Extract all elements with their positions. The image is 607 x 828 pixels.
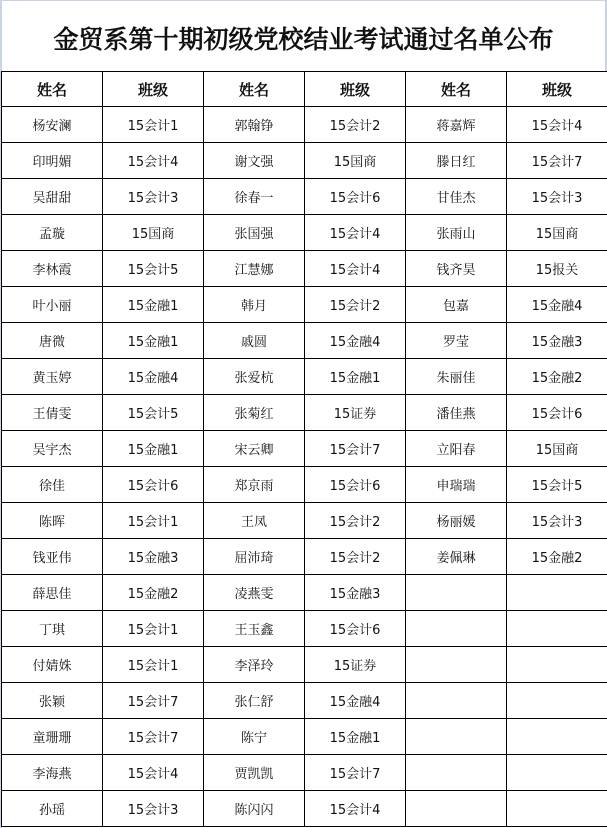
header-row: 姓名 班级 姓名 班级 姓名 班级 (2, 72, 607, 107)
student-name-cell: 罗莹 (406, 323, 507, 359)
class-cell (507, 719, 607, 755)
student-name-cell: 甘佳杰 (406, 179, 507, 215)
table-row: 印明媚15会计4谢文强15国商滕日红15会计7 (2, 143, 607, 179)
student-name-cell: 孟璇 (2, 215, 103, 251)
student-name-cell: 申瑞瑞 (406, 467, 507, 503)
class-cell: 15金融4 (305, 323, 406, 359)
student-name-cell: 徐佳 (2, 467, 103, 503)
table-row: 吴甜甜15会计3徐春一15会计6甘佳杰15会计3 (2, 179, 607, 215)
student-name-cell: 叶小丽 (2, 287, 103, 323)
student-name-cell (406, 755, 507, 791)
student-name-cell: 江慧娜 (204, 251, 305, 287)
class-cell: 15会计4 (305, 791, 406, 827)
class-cell: 15会计4 (507, 107, 607, 143)
student-name-cell: 李泽玲 (204, 647, 305, 683)
class-cell: 15金融2 (103, 575, 204, 611)
student-name-cell: 童珊珊 (2, 719, 103, 755)
student-name-cell: 薛思佳 (2, 575, 103, 611)
table-row: 杨安澜15会计1郭翰铮15会计2蒋嘉辉15会计4 (2, 107, 607, 143)
class-cell: 15会计5 (103, 251, 204, 287)
student-name-cell (406, 719, 507, 755)
table-row: 徐佳15会计6郑京雨15会计6申瑞瑞15会计5 (2, 467, 607, 503)
table-row: 丁琪15会计1王玉鑫15会计6 (2, 611, 607, 647)
student-name-cell: 张颖 (2, 683, 103, 719)
class-cell: 15会计7 (305, 755, 406, 791)
class-cell: 15会计7 (305, 431, 406, 467)
class-cell: 15会计5 (507, 467, 607, 503)
class-cell: 15国商 (305, 143, 406, 179)
student-name-cell: 姜佩琳 (406, 539, 507, 575)
table-row: 钱亚伟15金融3屈沛琦15会计2姜佩琳15金融2 (2, 539, 607, 575)
table-row: 孟璇15国商张国强15会计4张雨山15国商 (2, 215, 607, 251)
student-name-cell: 黄玉婷 (2, 359, 103, 395)
class-cell (507, 647, 607, 683)
student-name-cell: 蒋嘉辉 (406, 107, 507, 143)
class-cell: 15国商 (507, 431, 607, 467)
student-name-cell (406, 683, 507, 719)
student-name-cell: 张仁舒 (204, 683, 305, 719)
student-name-cell: 谢文强 (204, 143, 305, 179)
table-row: 陈晖15会计1王凤15会计2杨丽媛15会计3 (2, 503, 607, 539)
header-name-col-1: 姓名 (2, 72, 103, 107)
table-row: 李林霞15会计5江慧娜15会计4钱齐昊15报关 (2, 251, 607, 287)
student-name-cell: 徐春一 (204, 179, 305, 215)
table-row: 薛思佳15金融2凌燕雯15金融3 (2, 575, 607, 611)
student-name-cell: 王倩雯 (2, 395, 103, 431)
student-name-cell: 印明媚 (2, 143, 103, 179)
student-name-cell: 吴甜甜 (2, 179, 103, 215)
class-cell: 15会计6 (305, 179, 406, 215)
student-name-cell (406, 647, 507, 683)
student-name-cell (406, 791, 507, 827)
class-cell: 15会计6 (305, 467, 406, 503)
header-class-col-2: 班级 (305, 72, 406, 107)
student-name-cell: 付婧姝 (2, 647, 103, 683)
student-name-cell: 韩月 (204, 287, 305, 323)
student-name-cell: 丁琪 (2, 611, 103, 647)
student-name-cell (406, 611, 507, 647)
student-name-cell: 李林霞 (2, 251, 103, 287)
header-class-col-3: 班级 (507, 72, 607, 107)
class-cell: 15会计7 (103, 719, 204, 755)
page-title: 金贸系第十期初级党校结业考试通过名单公布 (0, 0, 607, 72)
student-name-cell: 屈沛琦 (204, 539, 305, 575)
student-name-cell: 张国强 (204, 215, 305, 251)
student-name-cell: 杨安澜 (2, 107, 103, 143)
class-cell: 15会计3 (507, 179, 607, 215)
student-name-cell: 李海燕 (2, 755, 103, 791)
header-name-col-3: 姓名 (406, 72, 507, 107)
class-cell: 15会计4 (103, 143, 204, 179)
student-name-cell: 朱丽佳 (406, 359, 507, 395)
student-name-cell: 王玉鑫 (204, 611, 305, 647)
class-cell: 15金融2 (507, 539, 607, 575)
class-cell: 15证券 (305, 647, 406, 683)
class-cell: 15会计4 (305, 251, 406, 287)
student-name-cell: 张菊红 (204, 395, 305, 431)
student-name-cell: 陈晖 (2, 503, 103, 539)
student-name-cell (406, 575, 507, 611)
table-row: 王倩雯15会计5张菊红15证券潘佳燕15会计6 (2, 395, 607, 431)
class-cell: 15金融1 (305, 719, 406, 755)
student-name-cell: 陈宁 (204, 719, 305, 755)
student-name-cell: 凌燕雯 (204, 575, 305, 611)
class-cell: 15证券 (305, 395, 406, 431)
class-cell: 15金融1 (103, 431, 204, 467)
table-row: 童珊珊15会计7陈宁15金融1 (2, 719, 607, 755)
class-cell: 15金融3 (305, 575, 406, 611)
class-cell: 15金融1 (103, 287, 204, 323)
student-name-cell: 王凤 (204, 503, 305, 539)
student-name-cell: 潘佳燕 (406, 395, 507, 431)
class-cell: 15会计3 (507, 503, 607, 539)
student-name-cell: 吴宇杰 (2, 431, 103, 467)
class-cell: 15会计7 (103, 683, 204, 719)
class-cell: 15金融3 (507, 323, 607, 359)
class-cell: 15金融2 (507, 359, 607, 395)
class-cell: 15会计2 (305, 287, 406, 323)
student-name-cell: 孙瑶 (2, 791, 103, 827)
class-cell: 15会计1 (103, 503, 204, 539)
student-name-cell: 宋云卿 (204, 431, 305, 467)
student-name-cell: 贾凯凯 (204, 755, 305, 791)
class-cell: 15会计5 (103, 395, 204, 431)
student-name-cell: 张雨山 (406, 215, 507, 251)
class-cell: 15会计4 (103, 755, 204, 791)
class-cell: 15金融3 (103, 539, 204, 575)
student-name-cell: 立阳春 (406, 431, 507, 467)
student-name-cell: 张爱杭 (204, 359, 305, 395)
class-cell: 15会计2 (305, 503, 406, 539)
table-row: 李海燕15会计4贾凯凯15会计7 (2, 755, 607, 791)
student-name-cell: 唐微 (2, 323, 103, 359)
class-cell: 15报关 (507, 251, 607, 287)
table-row: 叶小丽15金融1韩月15会计2包嘉15金融4 (2, 287, 607, 323)
class-cell (507, 611, 607, 647)
class-cell: 15会计6 (507, 395, 607, 431)
class-cell: 15会计1 (103, 107, 204, 143)
class-cell: 15金融4 (103, 359, 204, 395)
class-cell (507, 755, 607, 791)
student-name-cell: 陈闪闪 (204, 791, 305, 827)
class-cell: 15国商 (103, 215, 204, 251)
class-cell: 15会计3 (103, 179, 204, 215)
table-row: 付婧姝15会计1李泽玲15证券 (2, 647, 607, 683)
student-name-cell: 戚圆 (204, 323, 305, 359)
student-name-cell: 钱齐昊 (406, 251, 507, 287)
class-cell: 15金融1 (305, 359, 406, 395)
table-row: 张颖15会计7张仁舒15金融4 (2, 683, 607, 719)
class-cell: 15金融1 (103, 323, 204, 359)
class-cell: 15会计6 (305, 611, 406, 647)
class-cell: 15会计1 (103, 647, 204, 683)
header-name-col-2: 姓名 (204, 72, 305, 107)
class-cell: 15会计7 (507, 143, 607, 179)
roster-table: 姓名 班级 姓名 班级 姓名 班级 杨安澜15会计1郭翰铮15会计2蒋嘉辉15会… (1, 71, 607, 827)
table-row: 孙瑶15会计3陈闪闪15会计4 (2, 791, 607, 827)
class-cell (507, 791, 607, 827)
student-name-cell: 郑京雨 (204, 467, 305, 503)
student-name-cell: 杨丽媛 (406, 503, 507, 539)
student-name-cell: 郭翰铮 (204, 107, 305, 143)
class-cell (507, 575, 607, 611)
class-cell: 15会计2 (305, 107, 406, 143)
class-cell: 15会计1 (103, 611, 204, 647)
header-class-col-1: 班级 (103, 72, 204, 107)
table-row: 黄玉婷15金融4张爱杭15金融1朱丽佳15金融2 (2, 359, 607, 395)
class-cell: 15会计3 (103, 791, 204, 827)
roster-body: 杨安澜15会计1郭翰铮15会计2蒋嘉辉15会计4印明媚15会计4谢文强15国商滕… (2, 107, 607, 827)
class-cell: 15金融4 (305, 683, 406, 719)
class-cell (507, 683, 607, 719)
student-name-cell: 包嘉 (406, 287, 507, 323)
student-name-cell: 钱亚伟 (2, 539, 103, 575)
class-cell: 15会计6 (103, 467, 204, 503)
student-name-cell: 滕日红 (406, 143, 507, 179)
class-cell: 15金融4 (507, 287, 607, 323)
class-cell: 15会计2 (305, 539, 406, 575)
table-row: 吴宇杰15金融1宋云卿15会计7立阳春15国商 (2, 431, 607, 467)
class-cell: 15国商 (507, 215, 607, 251)
table-row: 唐微15金融1戚圆15金融4罗莹15金融3 (2, 323, 607, 359)
class-cell: 15会计4 (305, 215, 406, 251)
